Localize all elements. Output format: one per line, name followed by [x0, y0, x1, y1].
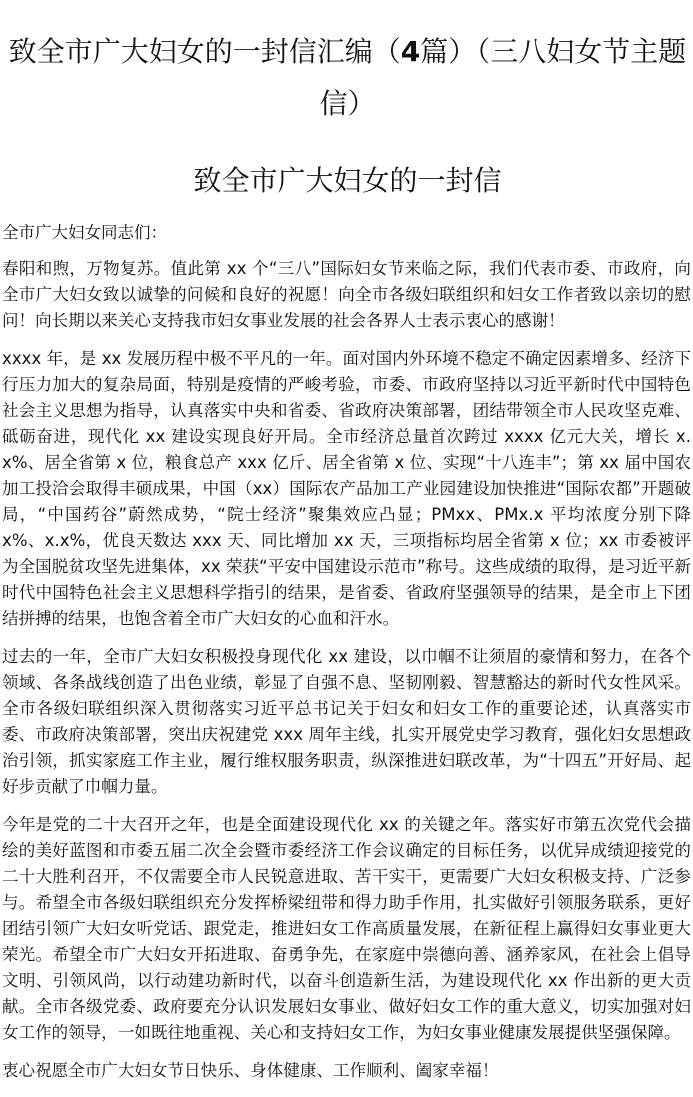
- letter-title: 致全市广大妇女的一封信: [2, 156, 693, 206]
- salutation: 全市广大妇女同志们：: [2, 220, 693, 246]
- document-main-title: 致全市广大妇女的一封信汇编（4篇）（三八妇女节主题信）: [2, 0, 693, 130]
- paragraph-this-year: 今年是党的二十大召开之年，也是全面建设现代化 xx 的关键之年。落实好市第五次党…: [2, 812, 693, 1046]
- main-title-prefix: 致全市广大妇女的一封信汇编（: [9, 35, 401, 68]
- paragraph-greeting: 春阳和煦，万物复苏。值此第 xx 个“三八”国际妇女节来临之际，我们代表市委、市…: [2, 256, 693, 334]
- paragraph-past-year: 过去的一年，全市广大妇女积极投身现代化 xx 建设，以巾帼不让须眉的豪情和努力，…: [2, 644, 693, 800]
- main-title-count: 4: [401, 35, 420, 68]
- document-page: 致全市广大妇女的一封信汇编（4篇）（三八妇女节主题信） 致全市广大妇女的一封信 …: [0, 0, 693, 1097]
- paragraph-closing-wish: 衷心祝愿全市广大妇女节日快乐、身体健康、工作顺利、阖家幸福！: [2, 1058, 693, 1084]
- paragraph-achievements: xxxx 年，是 xx 发展历程中极不平凡的一年。面对国内外环境不稳定不确定因素…: [2, 346, 693, 632]
